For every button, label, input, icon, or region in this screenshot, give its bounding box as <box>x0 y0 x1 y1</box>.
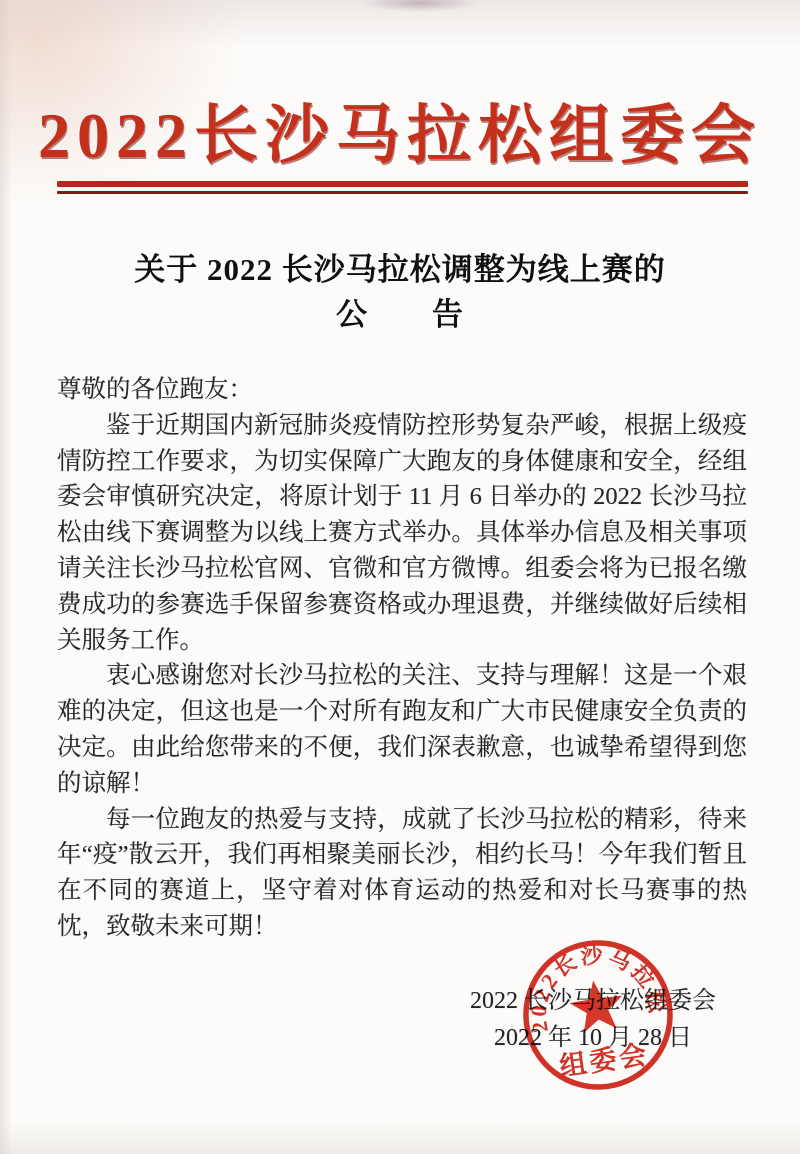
scan-smudge <box>0 1114 800 1154</box>
body-paragraph: 鉴于近期国内新冠肺炎疫情防控形势复杂严峻，根据上级疫情防控工作要求，为切实保障广… <box>57 408 747 659</box>
body-paragraph: 衷心感谢您对长沙马拉松的关注、支持与理解！这是一个艰难的决定，但这也是一个对所有… <box>57 658 747 801</box>
document-title-line1: 关于 2022 长沙马拉松调整为线上赛的 <box>0 247 800 292</box>
salutation: 尊敬的各位跑友： <box>57 372 747 408</box>
document-title-line2: 公 告 <box>0 292 800 337</box>
scan-smudge <box>0 0 800 56</box>
document-body: 尊敬的各位跑友： 鉴于近期国内新冠肺炎疫情防控形势复杂严峻，根据上级疫情防控工作… <box>57 372 747 945</box>
seal-star-icon <box>567 977 627 1035</box>
letterhead-rule-thin <box>57 191 748 194</box>
letterhead-rule-thick <box>57 181 748 187</box>
document-title: 关于 2022 长沙马拉松调整为线上赛的 公 告 <box>0 247 800 337</box>
scan-smudge <box>360 0 480 12</box>
scanned-announcement-page: 2022长沙马拉松组委会 关于 2022 长沙马拉松调整为线上赛的 公 告 尊敬… <box>0 0 800 1154</box>
letterhead-org-name: 2022长沙马拉松组委会 <box>0 84 800 176</box>
official-seal: 2022长沙马拉松 组委会 <box>491 908 706 1123</box>
